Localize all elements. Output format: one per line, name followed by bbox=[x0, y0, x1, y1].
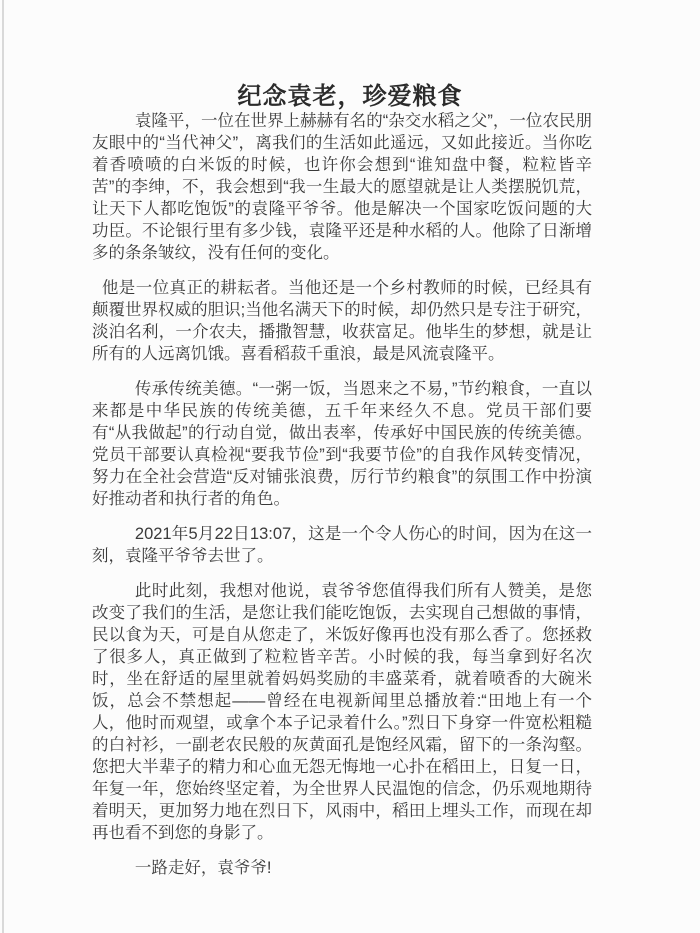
paragraph-date: 2021年5月22日13:07，这是一个令人伤心的时间，因为在这一刻，袁隆平爷爷… bbox=[92, 523, 592, 567]
paragraph-tribute: 此时此刻，我想对他说，袁爷爷您值得我们所有人赞美，是您改变了我们的生活，是您让我… bbox=[92, 580, 592, 844]
paragraph-farewell: 一路走好，袁爷爷! bbox=[92, 857, 592, 879]
paragraph-tradition: 传承传统美德。“一粥一饭，当恩来之不易，”节约粮食，一直以来都是中华民族的传统美… bbox=[92, 378, 592, 510]
document-body: 袁隆平，一位在世界上赫赫有名的“杂交水稻之父”，一位农民朋友眼中的“当代神父”，… bbox=[92, 110, 592, 892]
paragraph-cultivator: 他是一位真正的耕耘者。当他还是一个乡村教师的时候，已经具有颠覆世界权威的胆识;当… bbox=[92, 277, 592, 365]
page-title: 纪念袁老，珍爱粮食 bbox=[0, 76, 700, 111]
page-edge-line bbox=[2, 0, 4, 933]
document-page: 纪念袁老，珍爱粮食 袁隆平，一位在世界上赫赫有名的“杂交水稻之父”，一位农民朋友… bbox=[0, 0, 700, 933]
paragraph-intro: 袁隆平，一位在世界上赫赫有名的“杂交水稻之父”，一位农民朋友眼中的“当代神父”，… bbox=[92, 110, 592, 264]
